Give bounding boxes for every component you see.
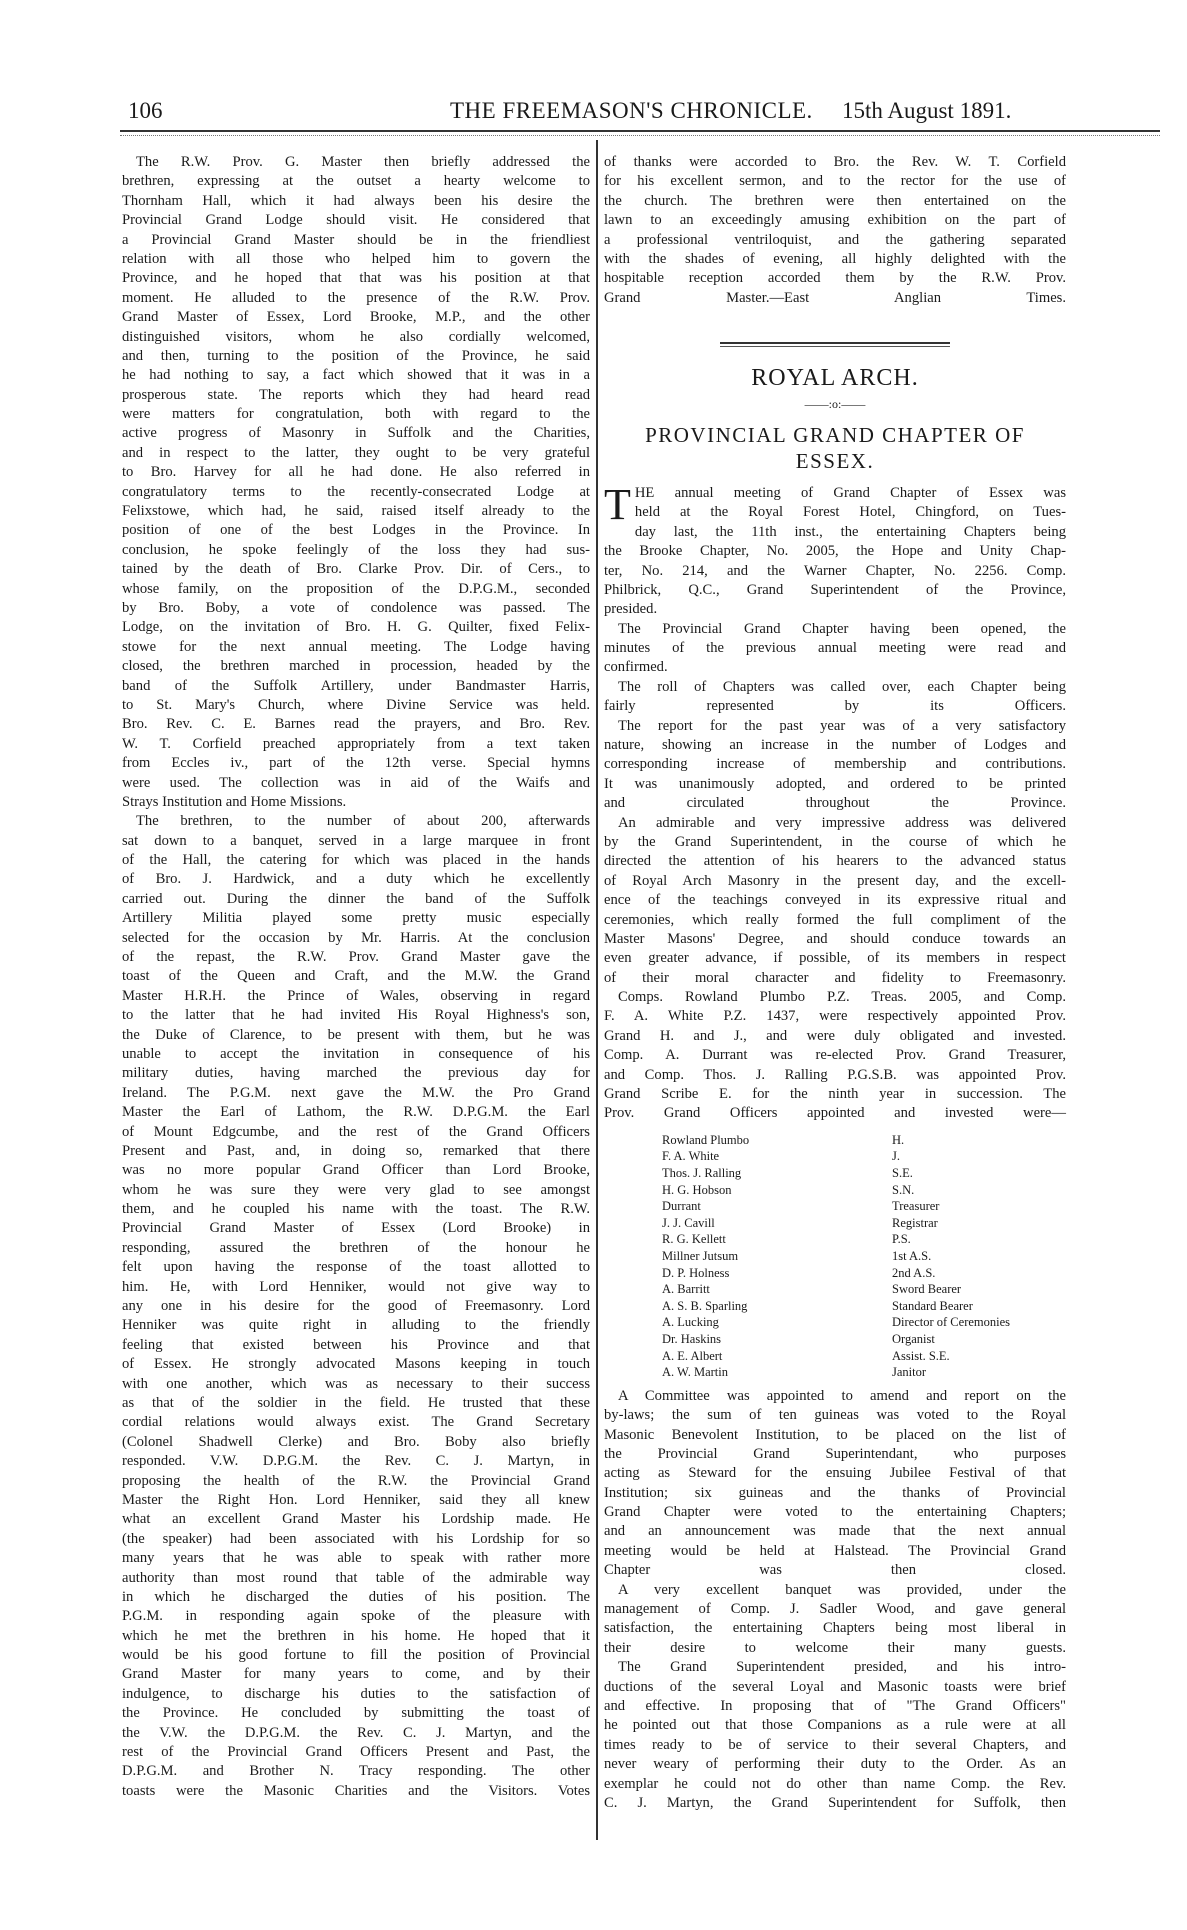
text-line: Prov. Grand Officers appointed and inves…	[604, 1104, 1066, 1123]
officer-row: A. LuckingDirector of Ceremonies	[662, 1314, 1066, 1331]
text-line: Grand Master of Essex, Lord Brooke, M.P.…	[122, 308, 590, 327]
text-line: nature, showing an increase in the numbe…	[604, 736, 1066, 755]
officer-row: D. P. Holness2nd A.S.	[662, 1265, 1066, 1282]
officer-office: P.S.	[892, 1231, 911, 1248]
text-line: The report for the past year was of a ve…	[604, 717, 1066, 736]
text-line: distinguished visitors, whom he also cor…	[122, 328, 590, 347]
text-line: carried out. During the dinner the band …	[122, 890, 590, 909]
text-line: stowe for the next annual meeting. The L…	[122, 638, 590, 657]
text-line: Master H.R.H. the Prince of Wales, obser…	[122, 987, 590, 1006]
text-line: the Duke of Clarence, to be present with…	[122, 1026, 590, 1045]
officer-name: R. G. Kellett	[662, 1231, 892, 1248]
officer-office: Director of Ceremonies	[892, 1314, 1010, 1331]
text-line: Thornham Hall, which it had always been …	[122, 192, 590, 211]
text-line: Felixstowe, which had, he said, raised i…	[122, 502, 590, 521]
masthead-rule	[120, 130, 1160, 136]
officer-office: 2nd A.S.	[892, 1265, 935, 1282]
text-line: prosperous state. The reports which they…	[122, 386, 590, 405]
officer-office: S.E.	[892, 1165, 913, 1182]
text-line: confirmed.	[604, 658, 1066, 677]
officer-row: A. S. B. SparlingStandard Bearer	[662, 1298, 1066, 1315]
text-line: tained by the death of Bro. Clarke Prov.…	[122, 560, 590, 579]
text-line: Grand Master.—East Anglian Times.	[604, 289, 1066, 308]
text-line: him. He, with Lord Henniker, would not g…	[122, 1278, 590, 1297]
article-heading: PROVINCIAL GRAND CHAPTER OF ESSEX.	[604, 422, 1066, 474]
text-line: conclusion, he spoke feelingly of the lo…	[122, 541, 590, 560]
text-line: A very excellent banquet was provided, u…	[604, 1581, 1066, 1600]
text-line: of the Hall, the catering for which was …	[122, 851, 590, 870]
text-line: Strays Institution and Home Missions.	[122, 793, 590, 812]
officer-office: S.N.	[892, 1182, 914, 1199]
text-line: times ready to be of service to their se…	[604, 1736, 1066, 1755]
text-line: Artillery Militia played some pretty mus…	[122, 909, 590, 928]
text-line: The brethren, to the number of about 200…	[122, 812, 590, 831]
officer-office: H.	[892, 1132, 904, 1149]
text-line: Philbrick, Q.C., Grand Superintendent of…	[604, 581, 1066, 600]
text-line: a Provincial Grand Master should be in t…	[122, 231, 590, 250]
text-line: Comp. A. Durrant was re-elected Prov. Gr…	[604, 1046, 1066, 1065]
text-line: whose family, on the proposition of the …	[122, 580, 590, 599]
text-line: ter, No. 214, and the Warner Chapter, No…	[604, 562, 1066, 581]
text-line: The Provincial Grand Chapter having been…	[604, 620, 1066, 639]
text-line: of Bro. J. Hardwick, and a duty which he…	[122, 870, 590, 889]
text-line: active progress of Masonry in Suffolk an…	[122, 424, 590, 443]
officers-list: Rowland PlumboH.F. A. WhiteJ.Thos. J. Ra…	[662, 1132, 1066, 1381]
officer-name: A. S. B. Sparling	[662, 1298, 892, 1315]
text-line: position of one of the best Lodges in th…	[122, 521, 590, 540]
article-heading-line2: ESSEX.	[604, 448, 1066, 474]
text-line: rest of the Provincial Grand Officers Pr…	[122, 1743, 590, 1762]
text-line: of Royal Arch Masonry in the present day…	[604, 872, 1066, 891]
officer-office: Registrar	[892, 1215, 938, 1232]
text-line: never weary of performing their duty to …	[604, 1755, 1066, 1774]
text-line: the Brooke Chapter, No. 2005, the Hope a…	[604, 542, 1066, 561]
text-line: would be his good fortune to fill the po…	[122, 1646, 590, 1665]
text-line: military duties, having marched the prev…	[122, 1064, 590, 1083]
officer-name: Millner Jutsum	[662, 1248, 892, 1265]
officer-row: Rowland PlumboH.	[662, 1132, 1066, 1149]
text-line: were matters for congratulation, both wi…	[122, 405, 590, 424]
text-line: meeting would be held at Halstead. The P…	[604, 1542, 1066, 1561]
text-line: from Eccles iv., part of the 12th verse.…	[122, 754, 590, 773]
text-line: closed, the brethren marched in processi…	[122, 657, 590, 676]
officer-name: A. Barritt	[662, 1281, 892, 1298]
text-line: exemplar he could not do other than name…	[604, 1775, 1066, 1794]
text-line: by Bro. Boby, a vote of condolence was p…	[122, 599, 590, 618]
text-line: P.G.M. in responding again spoke of the …	[122, 1607, 590, 1626]
text-line: any one in his desire for the good of Fr…	[122, 1297, 590, 1316]
text-line: selected for the occasion by Mr. Harris.…	[122, 929, 590, 948]
text-line: and circulated throughout the Province.	[604, 794, 1066, 813]
text-line: The R.W. Prov. G. Master then briefly ad…	[122, 153, 590, 172]
article-heading-line1: PROVINCIAL GRAND CHAPTER OF	[604, 422, 1066, 448]
text-line: band of the Suffolk Artillery, under Ban…	[122, 677, 590, 696]
officer-row: A. BarrittSword Bearer	[662, 1281, 1066, 1298]
text-line: hospitable reception accorded them by th…	[604, 269, 1066, 288]
text-line: what an excellent Grand Master his Lords…	[122, 1510, 590, 1529]
text-line: by the Grand Superintendent, in the cour…	[604, 833, 1066, 852]
closing-paragraphs: A Committee was appointed to amend and r…	[604, 1387, 1066, 1814]
text-line: (the speaker) had been associated with h…	[122, 1530, 590, 1549]
right-column: of thanks were accorded to Bro. the Rev.…	[604, 153, 1066, 1813]
text-line: in which he discharged the duties of his…	[122, 1588, 590, 1607]
text-line: acting as Steward for the ensuing Jubile…	[604, 1464, 1066, 1483]
text-line: Comps. Rowland Plumbo P.Z. Treas. 2005, …	[604, 988, 1066, 1007]
officer-name: A. E. Albert	[662, 1348, 892, 1365]
text-line: and in respect to the latter, they ought…	[122, 444, 590, 463]
officer-office: Sword Bearer	[892, 1281, 961, 1298]
text-line: of Essex. He strongly advocated Masons k…	[122, 1355, 590, 1374]
officer-name: Dr. Haskins	[662, 1331, 892, 1348]
text-line: Bro. Rev. C. E. Barnes read the prayers,…	[122, 715, 590, 734]
text-line: ceremonies, which really formed the full…	[604, 911, 1066, 930]
section-divider	[720, 342, 950, 347]
officer-row: Millner Jutsum1st A.S.	[662, 1248, 1066, 1265]
text-line: Grand Chapter were voted to the entertai…	[604, 1503, 1066, 1522]
text-line: Lodge, on the invitation of Bro. H. G. Q…	[122, 618, 590, 637]
ornament-divider: ——:o:——	[604, 395, 1066, 414]
text-line: was no more popular Grand Officer than L…	[122, 1161, 590, 1180]
text-line: minutes of the previous annual meeting w…	[604, 639, 1066, 658]
text-line: proposing the health of the R.W. the Pro…	[122, 1472, 590, 1491]
officer-office: 1st A.S.	[892, 1248, 931, 1265]
text-line: congratulatory terms to the recently-con…	[122, 483, 590, 502]
text-line: corresponding increase of membership and…	[604, 755, 1066, 774]
text-line: Provincial Grand Lodge should visit. He …	[122, 211, 590, 230]
text-line: toasts were the Masonic Charities and th…	[122, 1782, 590, 1801]
text-line: and then, turning to the position of the…	[122, 347, 590, 366]
text-line: C. J. Martyn, the Grand Superintendent f…	[604, 1794, 1066, 1813]
text-line: the church. The brethren were then enter…	[604, 192, 1066, 211]
text-line: feeling that existed between his Provinc…	[122, 1336, 590, 1355]
article-body: T HE annual meeting of Grand Chapter of …	[604, 484, 1066, 1124]
text-line: responding, assured the brethren of the …	[122, 1239, 590, 1258]
officer-name: A. Lucking	[662, 1314, 892, 1331]
text-line: Masonic Benevolent Institution, to be pl…	[604, 1426, 1066, 1445]
text-line: An admirable and very impressive address…	[604, 814, 1066, 833]
text-line: responded. V.W. D.P.G.M. the Rev. C. J. …	[122, 1452, 590, 1471]
text-line: the V.W. the D.P.G.M. the Rev. C. J. Mar…	[122, 1724, 590, 1743]
text-line: which he met the brethren in his home. H…	[122, 1627, 590, 1646]
text-line: day last, the 11th inst., the entertaini…	[604, 523, 1066, 542]
officer-name: J. J. Cavill	[662, 1215, 892, 1232]
officer-name: D. P. Holness	[662, 1265, 892, 1282]
text-line: HE annual meeting of Grand Chapter of Es…	[604, 484, 1066, 503]
text-line: he pointed out that those Companions as …	[604, 1716, 1066, 1735]
text-line: as that of the soldier in the field. He …	[122, 1394, 590, 1413]
text-line: Institution; six guineas and the thanks …	[604, 1484, 1066, 1503]
text-line: satisfaction, the entertaining Chapters …	[604, 1619, 1066, 1638]
text-line: authority than most round that table of …	[122, 1569, 590, 1588]
text-line: Ireland. The P.G.M. next gave the M.W. t…	[122, 1084, 590, 1103]
officer-office: Janitor	[892, 1364, 926, 1381]
officer-name: Thos. J. Ralling	[662, 1165, 892, 1182]
officer-name: H. G. Hobson	[662, 1182, 892, 1199]
text-line: held at the Royal Forest Hotel, Chingfor…	[604, 503, 1066, 522]
officer-row: DurrantTreasurer	[662, 1198, 1066, 1215]
continuation-text: of thanks were accorded to Bro. the Rev.…	[604, 153, 1066, 308]
text-line: presided.	[604, 600, 1066, 619]
officer-office: Standard Bearer	[892, 1298, 973, 1315]
text-line: a professional ventriloquist, and the ga…	[604, 231, 1066, 250]
text-line: by-laws; the sum of ten guineas was vote…	[604, 1406, 1066, 1425]
text-line: the Provincial Grand Superintendant, who…	[604, 1445, 1066, 1464]
officer-row: Dr. HaskinsOrganist	[662, 1331, 1066, 1348]
officer-row: Thos. J. RallingS.E.	[662, 1165, 1066, 1182]
officer-name: Rowland Plumbo	[662, 1132, 892, 1149]
column-divider	[596, 140, 598, 1840]
text-line: with one another, which was as necessary…	[122, 1375, 590, 1394]
officer-name: A. W. Martin	[662, 1364, 892, 1381]
text-line: The roll of Chapters was called over, ea…	[604, 678, 1066, 697]
text-line: The Grand Superintendent presided, and h…	[604, 1658, 1066, 1677]
text-line: toast of the Queen and Craft, and the M.…	[122, 967, 590, 986]
text-line: he had nothing to say, a fact which show…	[122, 366, 590, 385]
text-line: to St. Mary's Church, where Divine Servi…	[122, 696, 590, 715]
text-line: sat down to a banquet, served in a large…	[122, 832, 590, 851]
officer-office: Organist	[892, 1331, 935, 1348]
text-line: brethren, expressing at the outset a hea…	[122, 172, 590, 191]
text-line: cordial relations would always exist. Th…	[122, 1413, 590, 1432]
text-line: even greater advance, if possible, of it…	[604, 949, 1066, 968]
officer-office: Assist. S.E.	[892, 1348, 950, 1365]
text-line: Master the Earl of Lathom, the R.W. D.P.…	[122, 1103, 590, 1122]
officer-row: A. E. AlbertAssist. S.E.	[662, 1348, 1066, 1365]
text-line: W. T. Corfield preached appropriately fr…	[122, 735, 590, 754]
officer-name: Durrant	[662, 1198, 892, 1215]
publication-title: THE FREEMASON'S CHRONICLE.	[450, 98, 813, 124]
text-line: the Province. He concluded by submitting…	[122, 1704, 590, 1723]
text-line: many years that he was able to speak wit…	[122, 1549, 590, 1568]
page-number: 106	[128, 98, 163, 124]
drop-cap: T	[604, 486, 631, 524]
officer-row: R. G. KellettP.S.	[662, 1231, 1066, 1248]
left-column: The R.W. Prov. G. Master then briefly ad…	[122, 153, 590, 1801]
text-line: management of Comp. J. Sadler Wood, and …	[604, 1600, 1066, 1619]
officer-row: F. A. WhiteJ.	[662, 1148, 1066, 1165]
text-line: of thanks were accorded to Bro. the Rev.…	[604, 153, 1066, 172]
text-line: D.P.G.M. and Brother N. Tracy responding…	[122, 1762, 590, 1781]
text-line: indulgence, to discharge his duties to t…	[122, 1685, 590, 1704]
officer-row: H. G. HobsonS.N.	[662, 1182, 1066, 1199]
text-line: lawn to an exceedingly amusing exhibitio…	[604, 211, 1066, 230]
section-heading: ROYAL ARCH.	[604, 369, 1066, 388]
text-line: Henniker was quite right in alluding to …	[122, 1316, 590, 1335]
text-line: whom he was sure they were very glad to …	[122, 1181, 590, 1200]
text-line: Master the Right Hon. Lord Henniker, sai…	[122, 1491, 590, 1510]
text-line: their desire to welcome their many guest…	[604, 1639, 1066, 1658]
text-line: fairly represented by its Officers.	[604, 697, 1066, 716]
text-line: felt upon having the response of the toa…	[122, 1258, 590, 1277]
issue-date: 15th August 1891.	[842, 98, 1011, 124]
text-line: and effective. In proposing that of "The…	[604, 1697, 1066, 1716]
text-line: with the shades of evening, all highly d…	[604, 250, 1066, 269]
officer-name: F. A. White	[662, 1148, 892, 1165]
text-line: It was unanimously adopted, and ordered …	[604, 775, 1066, 794]
officer-row: A. W. MartinJanitor	[662, 1364, 1066, 1381]
officer-office: Treasurer	[892, 1198, 939, 1215]
officer-office: J.	[892, 1148, 900, 1165]
text-line: ductions of the several Loyal and Masoni…	[604, 1678, 1066, 1697]
text-line: A Committee was appointed to amend and r…	[604, 1387, 1066, 1406]
text-line: relation with all those who helped him t…	[122, 250, 590, 269]
masthead: 106 THE FREEMASON'S CHRONICLE. 15th Augu…	[120, 98, 1160, 128]
text-line: to the latter that he had invited His Ro…	[122, 1006, 590, 1025]
text-line: Grand Scribe E. for the ninth year in su…	[604, 1085, 1066, 1104]
text-line: Grand H. and J., and were duly obligated…	[604, 1027, 1066, 1046]
text-line: for his excellent sermon, and to the rec…	[604, 172, 1066, 191]
text-line: unable to accept the invitation in conse…	[122, 1045, 590, 1064]
text-line: (Colonel Shadwell Clerke) and Bro. Boby …	[122, 1433, 590, 1452]
text-line: directed the attention of his hearers to…	[604, 852, 1066, 871]
text-line: and an announcement was made that the ne…	[604, 1522, 1066, 1541]
text-line: of Mount Edgcumbe, and the rest of the G…	[122, 1123, 590, 1142]
text-line: Chapter was then closed.	[604, 1561, 1066, 1580]
text-line: and Comp. Thos. J. Ralling P.G.S.B. was …	[604, 1066, 1066, 1085]
article-paragraphs: HE annual meeting of Grand Chapter of Es…	[604, 484, 1066, 1124]
text-line: of their moral character and fidelity to…	[604, 969, 1066, 988]
text-line: F. A. White P.Z. 1437, were respectively…	[604, 1007, 1066, 1026]
text-line: Provincial Grand Master of Essex (Lord B…	[122, 1219, 590, 1238]
text-line: them, and he coupled his name with the t…	[122, 1200, 590, 1219]
text-line: were used. The collection was in aid of …	[122, 774, 590, 793]
text-line: ence of the teachings conveyed in its ex…	[604, 891, 1066, 910]
text-line: Grand Master for many years to come, and…	[122, 1665, 590, 1684]
text-line: to Bro. Harvey for all he had done. He a…	[122, 463, 590, 482]
text-line: Province, and he hoped that that was his…	[122, 269, 590, 288]
text-line: moment. He alluded to the presence of th…	[122, 289, 590, 308]
text-line: Present and Past, and, in doing so, rema…	[122, 1142, 590, 1161]
text-line: Master Masons' Degree, and should conduc…	[604, 930, 1066, 949]
officer-row: J. J. CavillRegistrar	[662, 1215, 1066, 1232]
text-line: of the repast, the R.W. Prov. Grand Mast…	[122, 948, 590, 967]
